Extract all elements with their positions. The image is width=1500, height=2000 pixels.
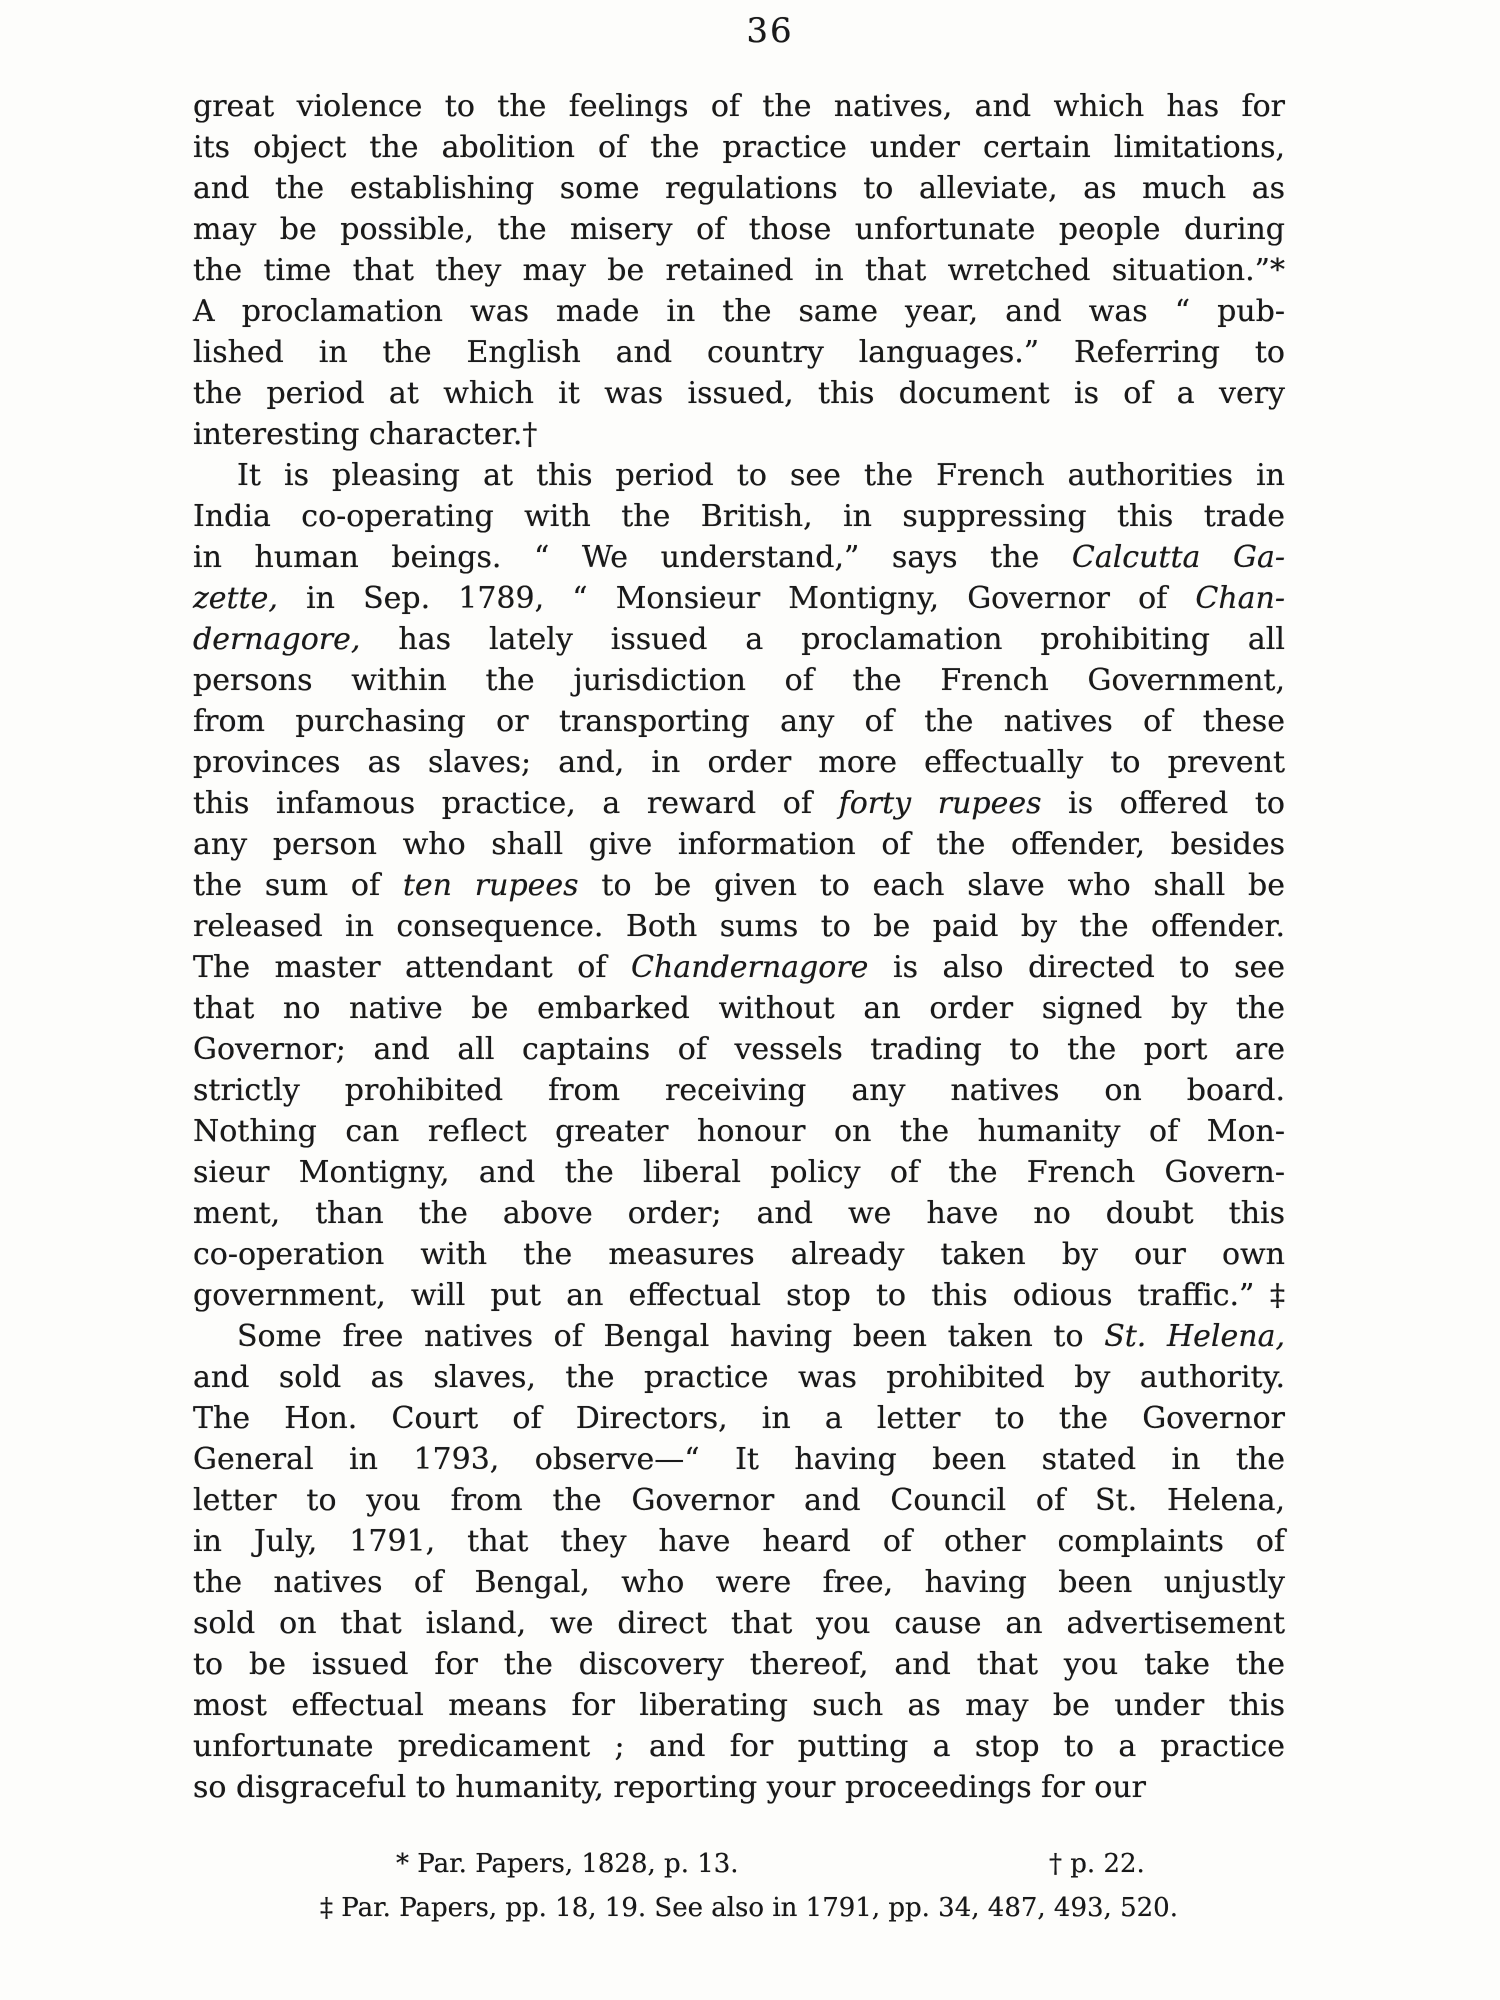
text-line: may be possible, the misery of those unf… <box>193 209 1285 250</box>
text-line: co-operation with the measures already t… <box>193 1234 1285 1275</box>
text-line: strictly prohibited from receiving any n… <box>193 1070 1285 1111</box>
text-line: Some free natives of Bengal having been … <box>193 1316 1285 1357</box>
text-line: It is pleasing at this period to see the… <box>193 455 1285 496</box>
page-number: 36 <box>193 14 1285 48</box>
text-line: this infamous practice, a reward of fort… <box>193 783 1285 824</box>
footnote-dagger: † p. 22. <box>1049 1842 1145 1886</box>
text-line: provinces as slaves; and, in order more … <box>193 742 1285 783</box>
text-line: released in consequence. Both sums to be… <box>193 906 1285 947</box>
book-page: 36 great violence to the feelings of the… <box>0 0 1500 2000</box>
text-line: most effectual means for liberating such… <box>193 1685 1285 1726</box>
text-line: lished in the English and country langua… <box>193 332 1285 373</box>
text-line: zette, in Sep. 1789, “ Monsieur Montigny… <box>193 578 1285 619</box>
text-line: A proclamation was made in the same year… <box>193 291 1285 332</box>
text-line: the sum of ten rupees to be given to eac… <box>193 865 1285 906</box>
text-line: in human beings. “ We understand,” says … <box>193 537 1285 578</box>
text-line: The master attendant of Chandernagore is… <box>193 947 1285 988</box>
text-line: and sold as slaves, the practice was pro… <box>193 1357 1285 1398</box>
text-line: persons within the jurisdiction of the F… <box>193 660 1285 701</box>
footnote-line: * Par. Papers, 1828, p. 13. † p. 22. <box>193 1842 1285 1886</box>
text-line: unfortunate predicament ; and for puttin… <box>193 1726 1285 1767</box>
text-line: Nothing can reflect greater honour on th… <box>193 1111 1285 1152</box>
text-line: in July, 1791, that they have heard of o… <box>193 1521 1285 1562</box>
text-line: General in 1793, observe—“ It having bee… <box>193 1439 1285 1480</box>
footnote-asterisk: * Par. Papers, 1828, p. 13. <box>396 1849 739 1879</box>
text-line: its object the abolition of the practice… <box>193 127 1285 168</box>
text-line: any person who shall give information of… <box>193 824 1285 865</box>
text-line: sieur Montigny, and the liberal policy o… <box>193 1152 1285 1193</box>
text-line: The Hon. Court of Directors, in a letter… <box>193 1398 1285 1439</box>
footnotes: * Par. Papers, 1828, p. 13. † p. 22. ‡ P… <box>193 1842 1285 1930</box>
text-line: the natives of Bengal, who were free, ha… <box>193 1562 1285 1603</box>
text-line: interesting character.† <box>193 414 1285 455</box>
footnote-double-dagger: ‡ Par. Papers, pp. 18, 19. See also in 1… <box>320 1893 1178 1923</box>
body-text: great violence to the feelings of the na… <box>193 86 1285 1808</box>
text-line: India co-operating with the British, in … <box>193 496 1285 537</box>
text-line: Governor; and all captains of vessels tr… <box>193 1029 1285 1070</box>
text-line: great violence to the feelings of the na… <box>193 86 1285 127</box>
text-line: dernagore, has lately issued a proclamat… <box>193 619 1285 660</box>
footnote-line: ‡ Par. Papers, pp. 18, 19. See also in 1… <box>320 1886 1285 1930</box>
text-line: that no native be embarked without an or… <box>193 988 1285 1029</box>
text-line: ment, than the above order; and we have … <box>193 1193 1285 1234</box>
text-line: letter to you from the Governor and Coun… <box>193 1480 1285 1521</box>
text-line: government, will put an effectual stop t… <box>193 1275 1285 1316</box>
text-line: sold on that island, we direct that you … <box>193 1603 1285 1644</box>
text-line: and the establishing some regulations to… <box>193 168 1285 209</box>
text-line: the period at which it was issued, this … <box>193 373 1285 414</box>
text-line: from purchasing or transporting any of t… <box>193 701 1285 742</box>
text-line: to be issued for the discovery thereof, … <box>193 1644 1285 1685</box>
text-line: the time that they may be retained in th… <box>193 250 1285 291</box>
text-line: so disgraceful to humanity, reporting yo… <box>193 1767 1285 1808</box>
